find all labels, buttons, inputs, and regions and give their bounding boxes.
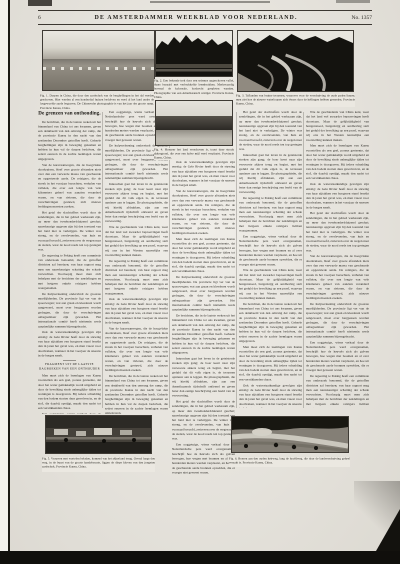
top-smudge	[336, 0, 370, 3]
photo-fig4-shifted-farmland	[155, 100, 233, 146]
article-subheading: FRAGMENT UIT DE LAATSTE DAGBOEKEN VAN EE…	[38, 361, 101, 372]
article-text: Wie de geschiedenis van China kent, weet…	[306, 110, 369, 408]
caption-text: Fig. 1. Dorpen in China, die door den aa…	[40, 94, 154, 110]
photo-fig2-mountain-valley	[155, 30, 233, 77]
caption-fig2: Fig. 2. Een bekende trek door een seismo…	[154, 79, 234, 99]
bottom-scan-band	[0, 551, 400, 564]
article-heading: De grenzen van onthouding.	[38, 110, 101, 117]
caption-fig3: Fig. 3. Taflanden van bruine terrassen, …	[236, 94, 355, 107]
issue-number: No. 1357	[352, 15, 372, 21]
folio-number: 6	[38, 15, 41, 21]
caption-fig5: Fig. 5. Vrouwen met wortelen beladen, ko…	[42, 457, 155, 472]
mountain-silhouette-graphic	[156, 31, 232, 76]
column-rule	[236, 112, 237, 408]
caption-text: Fig. 5. Vrouwen met wortelen beladen, ko…	[42, 457, 155, 469]
subheading-line: DAGBOEKEN VAN EEN ONTHOUDER	[38, 367, 101, 372]
article-text: De berichten, die in de laatste weken ui…	[38, 120, 101, 358]
text-column-4: Het getal der slachtoffers wordt door de…	[239, 110, 302, 408]
text-column-3: Ook de waterstaatkundige gevolgen zijn e…	[172, 160, 235, 475]
top-smudge	[150, 1, 270, 3]
caption-fig6: Fig. 6. Boeren aan den ouden heirweg, la…	[229, 457, 350, 467]
caption-fig4: Fig. 4. Hoezeer het land verschoven is, …	[154, 148, 234, 160]
column-rule	[102, 112, 103, 408]
divider	[63, 361, 76, 362]
article-text: Het getal der slachtoffers wordt door de…	[239, 110, 302, 408]
caption-text: Fig. 3. Taflanden van bruine terrassen, …	[236, 94, 355, 106]
header-rule-top	[38, 10, 372, 11]
mountain-rivers-graphic	[238, 31, 353, 91]
newspaper-page-scan: 6 DE AMSTERDAMMER WEEKBLAD VOOR NEDERLAN…	[0, 0, 400, 564]
article-text: Ook de waterstaatkundige gevolgen zijn e…	[172, 160, 235, 475]
page-header: 6 DE AMSTERDAMMER WEEKBLAD VOOR NEDERLAN…	[38, 12, 372, 23]
column-rule	[303, 112, 304, 408]
text-column-5: Wie de geschiedenis van China kent, weet…	[306, 110, 369, 408]
text-column-1: De grenzen van onthouding. De berichten,…	[38, 110, 101, 414]
photo-fig1-village-landscape	[42, 30, 155, 91]
corner-wedge	[376, 509, 400, 551]
header-rule-bottom	[38, 24, 372, 25]
photo-fig3-mountains-rivers	[237, 30, 354, 92]
masthead-title: DE AMSTERDAMMER WEEKBLAD VOOR NEDERLAND.	[95, 15, 298, 21]
photo-fig5-women-on-road	[45, 415, 152, 454]
road-scene-graphic	[232, 417, 348, 452]
top-smudge	[28, 0, 52, 6]
caption-text: Fig. 4. Hoezeer het land verschoven is, …	[154, 148, 234, 160]
caption-text: Fig. 2. Een bekende trek door een seismo…	[154, 79, 234, 99]
article-text: Men moet zich de leemlagen van Kansu voo…	[38, 374, 101, 414]
photo-fig6-sunken-road	[231, 416, 349, 453]
page-edge-line	[8, 0, 10, 564]
caption-fig1: Fig. 1. Dorpen in China, die door den aa…	[40, 94, 154, 110]
caption-text: Fig. 6. Boeren aan den ouden heirweg, la…	[229, 457, 350, 465]
village-scene-graphic	[46, 416, 151, 453]
scan-margin	[0, 0, 8, 564]
